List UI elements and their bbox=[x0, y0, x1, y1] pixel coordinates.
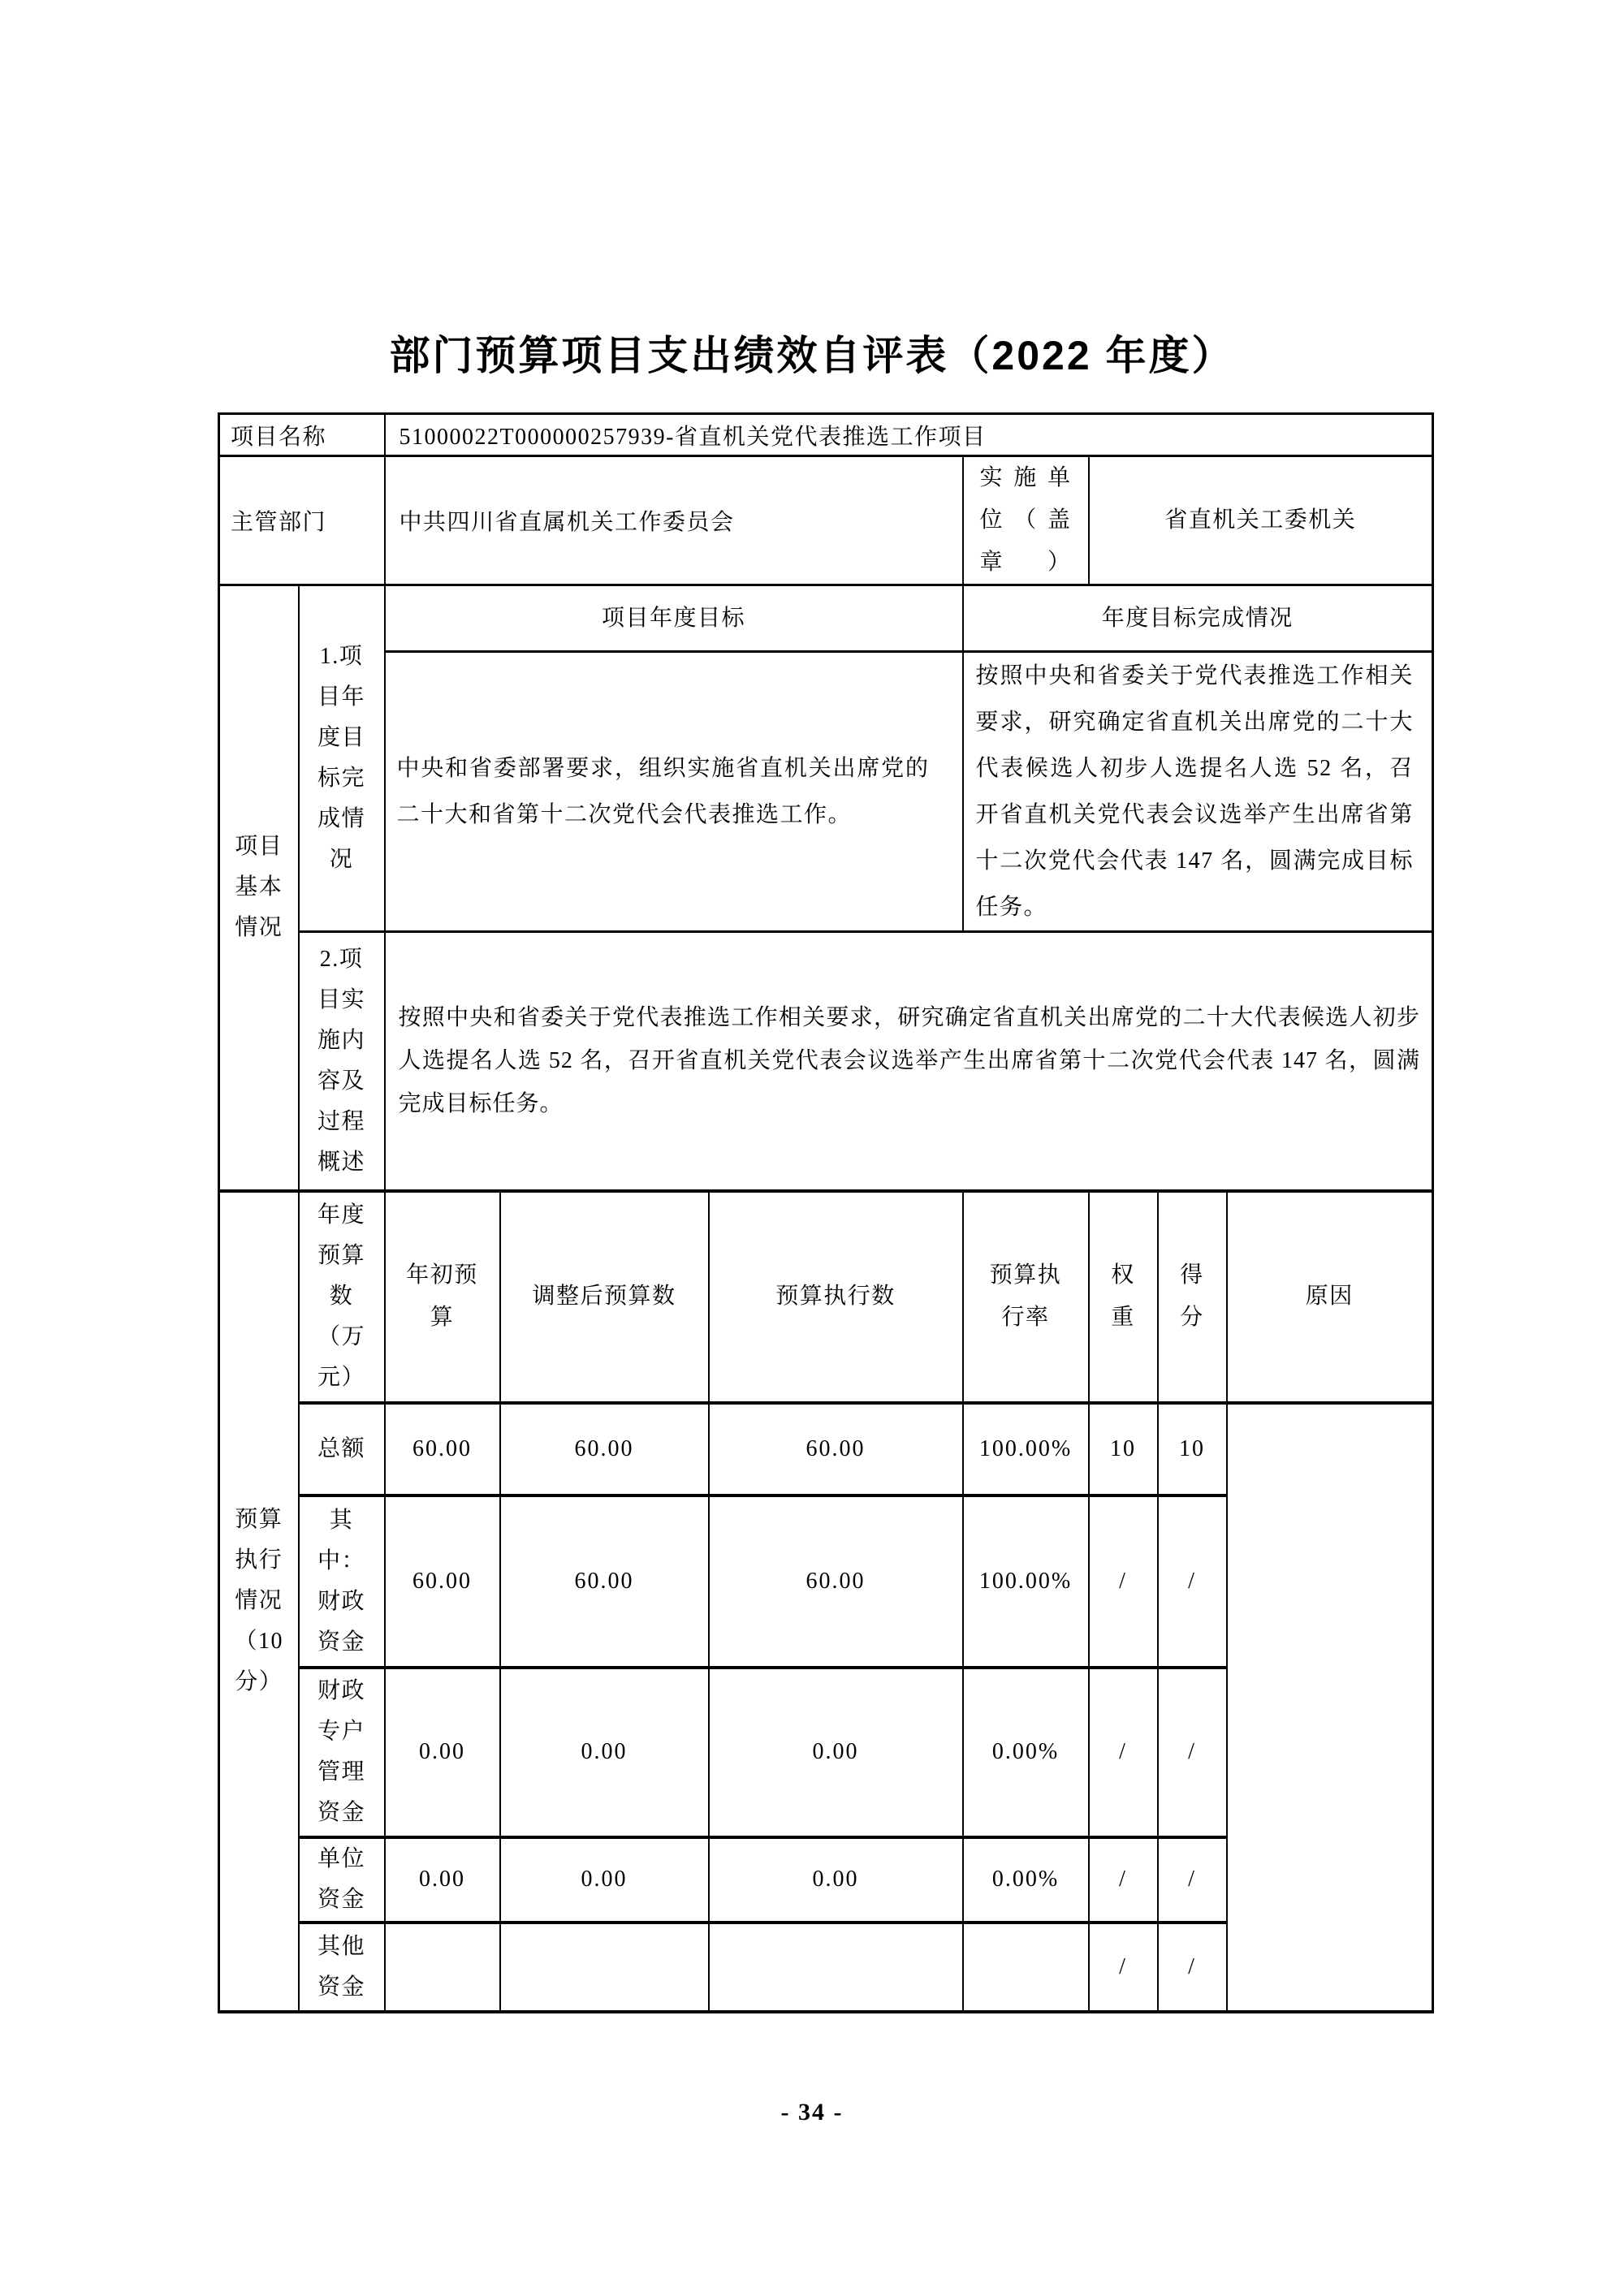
budget-score-header: 得分 bbox=[1158, 1191, 1227, 1403]
document-title: 部门预算项目支出绩效自评表（2022 年度） bbox=[0, 323, 1624, 382]
fiscal-executed: 60.00 bbox=[709, 1495, 963, 1668]
fiscal-adjusted: 60.00 bbox=[500, 1495, 709, 1668]
unit-executed: 0.00 bbox=[709, 1837, 963, 1923]
unit-initial: 0.00 bbox=[385, 1837, 500, 1923]
budget-row-label: 财政专户管理资金 bbox=[299, 1668, 385, 1837]
budget-row-label: 单位资金 bbox=[299, 1837, 385, 1923]
section-basic-info-label: 项目基本情况 bbox=[219, 585, 299, 1191]
project-name-row: 项目名称 51000022T000000257939-省直机关党代表推选工作项目 bbox=[219, 414, 1433, 456]
special-rate: 0.00% bbox=[963, 1668, 1089, 1837]
budget-row-label: 其中：财政资金 bbox=[299, 1495, 385, 1668]
implementation-row: 2.项目实施内容及过程概述 按照中央和省委关于党代表推选工作相关要求，研究确定省… bbox=[219, 932, 1433, 1191]
goal-completion-text: 按照中央和省委关于党代表推选工作相关要求，研究确定省直机关出席党的二十大代表候选… bbox=[963, 652, 1433, 932]
other-adjusted bbox=[500, 1923, 709, 2012]
other-weight: / bbox=[1089, 1923, 1158, 2012]
fiscal-score: / bbox=[1158, 1495, 1227, 1668]
unit-score: / bbox=[1158, 1837, 1227, 1923]
implementation-row-label: 2.项目实施内容及过程概述 bbox=[299, 932, 385, 1191]
total-rate: 100.00% bbox=[963, 1403, 1089, 1495]
project-name-label: 项目名称 bbox=[219, 414, 385, 456]
budget-executed-header: 预算执行数 bbox=[709, 1191, 963, 1403]
total-executed: 60.00 bbox=[709, 1403, 963, 1495]
fiscal-initial: 60.00 bbox=[385, 1495, 500, 1668]
goal-row-label: 1.项目年度目标完成情况 bbox=[299, 585, 385, 932]
evaluation-table: 项目名称 51000022T000000257939-省直机关党代表推选工作项目… bbox=[218, 412, 1434, 2013]
budget-row-label: 总额 bbox=[299, 1403, 385, 1495]
implementation-text: 按照中央和省委关于党代表推选工作相关要求，研究确定省直机关出席党的二十大代表候选… bbox=[385, 932, 1433, 1191]
budget-row-total: 总额 60.00 60.00 60.00 100.00% 10 10 bbox=[219, 1403, 1433, 1495]
special-weight: / bbox=[1089, 1668, 1158, 1837]
other-executed bbox=[709, 1923, 963, 2012]
total-adjusted: 60.00 bbox=[500, 1403, 709, 1495]
budget-reason-value bbox=[1227, 1403, 1433, 2012]
total-weight: 10 bbox=[1089, 1403, 1158, 1495]
budget-annual-header: 年度预算数（万元） bbox=[299, 1191, 385, 1403]
total-initial: 60.00 bbox=[385, 1403, 500, 1495]
budget-header-row: 预算执行情况（10 分） 年度预算数（万元） 年初预算 调整后预算数 预算执行数… bbox=[219, 1191, 1433, 1403]
other-initial bbox=[385, 1923, 500, 2012]
unit-rate: 0.00% bbox=[963, 1837, 1089, 1923]
special-executed: 0.00 bbox=[709, 1668, 963, 1837]
goal-completion-header: 年度目标完成情况 bbox=[963, 585, 1433, 652]
fiscal-rate: 100.00% bbox=[963, 1495, 1089, 1668]
budget-reason-header: 原因 bbox=[1227, 1191, 1433, 1403]
unit-weight: / bbox=[1089, 1837, 1158, 1923]
implementing-unit-label: 实施单位（盖章） bbox=[963, 456, 1089, 585]
other-score: / bbox=[1158, 1923, 1227, 2012]
page-number: - 34 - bbox=[0, 2099, 1624, 2126]
special-adjusted: 0.00 bbox=[500, 1668, 709, 1837]
department-row: 主管部门 中共四川省直属机关工作委员会 实施单位（盖章） 省直机关工委机关 bbox=[219, 456, 1433, 585]
budget-weight-header: 权重 bbox=[1089, 1191, 1158, 1403]
budget-rate-header: 预算执行率 bbox=[963, 1191, 1089, 1403]
other-rate bbox=[963, 1923, 1089, 2012]
goal-content-row: 中央和省委部署要求，组织实施省直机关出席党的二十大和省第十二次党代会代表推选工作… bbox=[219, 652, 1433, 932]
special-score: / bbox=[1158, 1668, 1227, 1837]
section-budget-label: 预算执行情况（10 分） bbox=[219, 1191, 299, 2012]
project-name-value: 51000022T000000257939-省直机关党代表推选工作项目 bbox=[385, 414, 1433, 456]
annual-goal-text: 中央和省委部署要求，组织实施省直机关出席党的二十大和省第十二次党代会代表推选工作… bbox=[385, 652, 963, 932]
document-page: 部门预算项目支出绩效自评表（2022 年度） 项目名称 51000022T000… bbox=[0, 0, 1624, 2296]
goal-header-row: 项目基本情况 1.项目年度目标完成情况 项目年度目标 年度目标完成情况 bbox=[219, 585, 1433, 652]
fiscal-weight: / bbox=[1089, 1495, 1158, 1668]
budget-row-label: 其他资金 bbox=[299, 1923, 385, 2012]
annual-goal-header: 项目年度目标 bbox=[385, 585, 963, 652]
department-value: 中共四川省直属机关工作委员会 bbox=[385, 456, 963, 585]
budget-adjusted-header: 调整后预算数 bbox=[500, 1191, 709, 1403]
total-score: 10 bbox=[1158, 1403, 1227, 1495]
unit-adjusted: 0.00 bbox=[500, 1837, 709, 1923]
budget-initial-header: 年初预算 bbox=[385, 1191, 500, 1403]
department-label: 主管部门 bbox=[219, 456, 385, 585]
special-initial: 0.00 bbox=[385, 1668, 500, 1837]
implementing-unit-value: 省直机关工委机关 bbox=[1089, 456, 1433, 585]
